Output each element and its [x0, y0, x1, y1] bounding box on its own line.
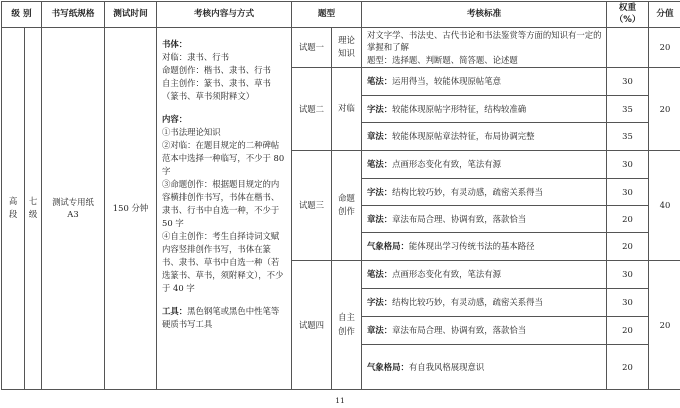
header-content-method: 考核内容与方式: [157, 2, 292, 28]
header-test-time: 测试时间: [105, 2, 157, 28]
question-1-type: 理论知识: [332, 27, 362, 67]
test-time-cell: 150 分钟: [105, 27, 157, 389]
question-3-name: 试题三: [292, 150, 332, 260]
weight-value: 20: [607, 344, 649, 389]
question-1-criteria: 对文字学、书法史、古代书论和书法鉴赏等方面的知识有一定的掌握和了解 题型：选择题…: [362, 27, 607, 67]
script-title: 书体：: [162, 38, 286, 51]
weight-value: 20: [607, 316, 649, 344]
criteria-item: 气象格局：有自我风格展现意识: [362, 344, 607, 389]
weight-value: 20: [607, 232, 649, 260]
content-method-cell: 书体： 对临：隶书、行书 命题创作：楷书、隶书、行书 自主创作：篆书、隶书、草书…: [157, 27, 292, 389]
header-level: 级 别: [2, 2, 42, 28]
header-paper-spec: 书写纸规格: [42, 2, 105, 28]
weight-value: 30: [607, 288, 649, 316]
content-title: 内容：: [162, 113, 286, 126]
header-weight: 权重（%）: [607, 2, 649, 28]
weight-value: 35: [607, 122, 649, 150]
weight-value: 30: [607, 178, 649, 205]
question-2-score: 20: [649, 67, 680, 150]
criteria-item: 字法：结构比较巧妙，有灵动感，疏密关系得当: [362, 288, 607, 316]
header-question-type: 题型: [292, 2, 362, 28]
header-row: 级 别 书写纸规格 测试时间 考核内容与方式 题型 考核标准 权重（%） 分值: [2, 2, 680, 28]
question-3-type: 命题创作: [332, 150, 362, 260]
weight-value: 35: [607, 95, 649, 122]
criteria-item: 气象格局：能体现出学习传统书法的基本路径: [362, 232, 607, 260]
criteria-item: 字法：较能体现原帖字形特征，结构较准确: [362, 95, 607, 122]
question-1-score: 20: [649, 27, 680, 67]
criteria-item: 章法：章法布局合理、协调有致，落款恰当: [362, 316, 607, 344]
header-criteria: 考核标准: [362, 2, 607, 28]
question-2-name: 试题二: [292, 67, 332, 150]
paper-spec-cell: 测试专用纸 A3: [42, 27, 105, 389]
stage-cell: 高段: [2, 27, 25, 389]
exam-standards-table: 级 别 书写纸规格 测试时间 考核内容与方式 题型 考核标准 权重（%） 分值 …: [1, 1, 680, 390]
weight-value: 20: [607, 205, 649, 232]
question-1-weight: [607, 27, 649, 67]
weight-value: 30: [607, 150, 649, 178]
question-4-name: 试题四: [292, 260, 332, 389]
tools-line: 工具：黑色钢笔或黑色中性笔等硬质书写工具: [162, 305, 286, 331]
criteria-item: 笔法：点画形态变化有致，笔法有源: [362, 150, 607, 178]
criteria-item: 章法：较能体现原帖章法特征，布局协调完整: [362, 122, 607, 150]
criteria-item: 笔法：点画形态变化有致，笔法有源: [362, 260, 607, 288]
header-score: 分值: [649, 2, 680, 28]
weight-value: 30: [607, 260, 649, 288]
question-3-score: 40: [649, 150, 680, 260]
grade-cell: 七级: [25, 27, 42, 389]
criteria-item: 章法：章法布局合理、协调有致，落款恰当: [362, 205, 607, 232]
criteria-item: 字法：结构比较巧妙，有灵动感，疏密关系得当: [362, 178, 607, 205]
question-4-score: 20: [649, 260, 680, 389]
weight-value: 30: [607, 67, 649, 95]
question-2-type: 对临: [332, 67, 362, 150]
criteria-item: 笔法：运用得当，较能体现原帖笔意: [362, 67, 607, 95]
question-4-type: 自主创作: [332, 260, 362, 389]
table-row: 高段 七级 测试专用纸 A3 150 分钟 书体： 对临：隶书、行书 命题创作：…: [2, 27, 680, 67]
question-1-name: 试题一: [292, 27, 332, 67]
page-number: 11: [0, 396, 680, 405]
